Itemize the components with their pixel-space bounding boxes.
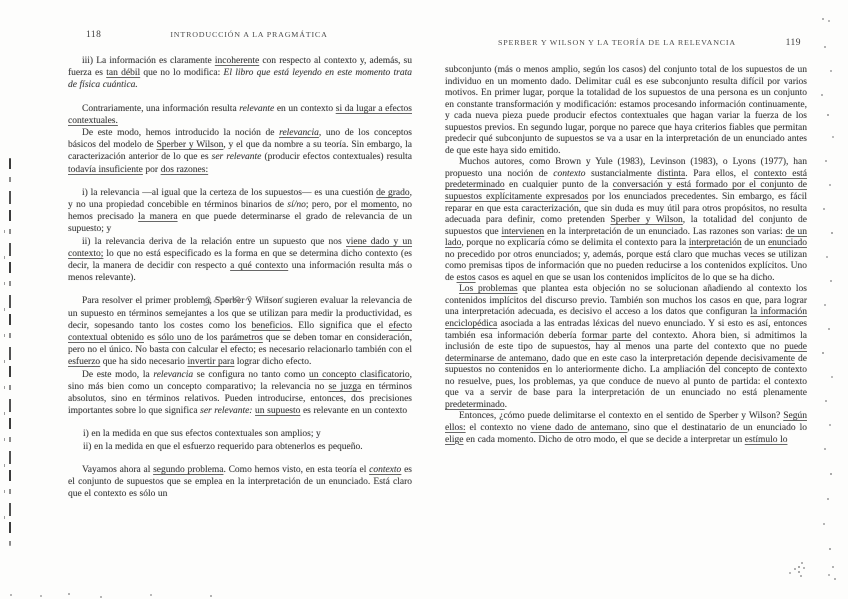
- paragraph: Vayamos ahora al segundo problema. Como …: [68, 464, 412, 501]
- text-segment: beneficios: [252, 321, 291, 331]
- text-segment: esfuerzo: [68, 357, 100, 367]
- paragraph: i) la relevancia —al igual que la certez…: [68, 187, 412, 236]
- text-segment: el contexto no: [466, 423, 531, 433]
- text-segment: , porque no explicaría cómo se delimita …: [461, 238, 688, 248]
- text-segment: estos: [457, 273, 476, 283]
- page-left-header: 118 INTRODUCCIÓN A LA PRAGMÁTICA: [68, 30, 412, 40]
- scan-noise-bottom-right: [798, 566, 800, 568]
- text-segment: casos es aquel en que se usan los conten…: [476, 273, 775, 283]
- text-segment: de grado: [376, 188, 409, 198]
- text-segment: sólo uno: [158, 333, 191, 343]
- text-segment: parámetros: [221, 333, 263, 343]
- page-right-body: subconjunto (más o menos amplio, según l…: [445, 65, 807, 446]
- text-segment: un supuesto: [255, 406, 300, 416]
- text-segment: ser relevante: [212, 152, 262, 162]
- text-segment: Contrariamente, una información resulta: [82, 104, 239, 114]
- text-segment: que no lo modifica:: [140, 68, 223, 78]
- paragraph: De este modo, la relevancia se configura…: [68, 369, 412, 418]
- text-segment: De este modo, hemos introducido la noció…: [82, 128, 279, 138]
- text-segment: la manera: [138, 212, 177, 222]
- text-segment: elige: [445, 435, 463, 445]
- paragraph: De este modo, hemos introducido la noció…: [68, 127, 412, 176]
- scan-edge-artifact-line: [9, 158, 11, 546]
- text-segment: lograr dicho efecto.: [234, 357, 311, 367]
- text-segment: en la interpretación de un enunciado. La…: [544, 227, 785, 237]
- text-segment: de un: [742, 238, 768, 248]
- paragraph: Contrariamente, una información resulta …: [68, 103, 412, 127]
- text-segment: es relevante en un contexto: [300, 406, 407, 416]
- text-segment: ; pero, por el: [306, 200, 361, 210]
- text-segment: en cualquier punto de la: [505, 180, 613, 190]
- text-segment: subconjunto (más o menos amplio, según l…: [445, 65, 807, 156]
- text-segment: relevante: [239, 104, 274, 114]
- text-segment: en un contexto: [274, 104, 336, 114]
- text-segment: contexto: [553, 169, 585, 179]
- text-segment: Sperber y Wilson: [610, 215, 682, 225]
- text-segment: viene dado de antemano: [531, 423, 628, 433]
- text-segment: incoherente: [215, 56, 259, 66]
- text-segment: se juzga: [329, 382, 362, 392]
- page-left: 118 INTRODUCCIÓN A LA PRAGMÁTICA iii) La…: [68, 30, 412, 501]
- page-number-left: 118: [68, 30, 144, 40]
- running-header-left: INTRODUCCIÓN A LA PRAGMÁTICA: [144, 30, 354, 39]
- text-segment: sí/no: [287, 200, 305, 210]
- page-right-header: SPERBER Y WILSON Y LA TEORÍA DE LA RELEV…: [445, 38, 807, 48]
- text-segment: sustancialmente: [585, 169, 657, 179]
- scanned-book-spread: 118 INTRODUCCIÓN A LA PRAGMÁTICA iii) La…: [0, 0, 848, 599]
- text-segment: , dado que en este caso la interpretació…: [546, 354, 706, 364]
- paragraph: Muchos autores, como Brown y Yule (1983)…: [445, 157, 807, 284]
- paragraph: ii) la relevancia deriva de la relación …: [68, 236, 412, 285]
- text-segment: a qué contexto: [230, 261, 288, 271]
- text-segment: que ha sido necesario: [100, 357, 187, 367]
- text-segment: por: [143, 165, 161, 175]
- text-segment: segundo problema: [153, 465, 223, 475]
- text-segment: un concepto clasificatorio: [309, 370, 410, 380]
- page-number-right: 119: [749, 38, 807, 48]
- text-segment: (producir efectos contextuales) resulta: [261, 152, 412, 162]
- text-segment: . Como hemos visto, en esta teoría el: [223, 465, 369, 475]
- text-segment: tan débil: [106, 68, 140, 78]
- text-segment: , sino que el destinatario de un enuncia…: [627, 423, 807, 433]
- text-segment: enunciado: [768, 238, 807, 248]
- scan-noise-bottom-edge: [10, 594, 12, 596]
- text-segment: Entonces, ¿cómo puede delimitarse el con…: [459, 411, 783, 421]
- text-segment: contexto: [369, 465, 401, 475]
- page-right: SPERBER Y WILSON Y LA TEORÍA DE LA RELEV…: [445, 38, 807, 446]
- text-segment: i) en la medida en que sus efectos conte…: [83, 429, 321, 439]
- text-segment: ser relevante:: [200, 406, 252, 416]
- text-segment: interpretación: [689, 238, 742, 248]
- text-segment: Sperber y Wilson: [156, 140, 223, 150]
- text-segment: estímulo lo: [745, 435, 788, 445]
- text-segment: . Ello significa que el: [291, 321, 389, 331]
- text-segment: .: [505, 400, 507, 410]
- text-segment: iii) La información es claramente: [82, 56, 215, 66]
- text-segment: relevancia: [153, 370, 193, 380]
- page-left-body: iii) La información es claramente incohe…: [68, 55, 412, 501]
- text-segment: Vayamos ahora al: [82, 465, 153, 475]
- scan-edge-artifact-line-faint: [4, 230, 5, 530]
- paragraph: subconjunto (más o menos amplio, según l…: [445, 65, 807, 157]
- text-segment: todavía insuficiente: [68, 165, 143, 175]
- text-segment: dos razones:: [161, 165, 208, 175]
- text-segment: relevancia: [279, 128, 319, 138]
- text-segment: intervienen: [501, 227, 544, 237]
- text-segment: momento: [361, 200, 397, 210]
- paragraph: Los problemas que plantea esta objeción …: [445, 284, 807, 411]
- text-segment: en cada momento. Dicho de otro modo, el …: [463, 435, 744, 445]
- running-header-right: SPERBER Y WILSON Y LA TEORÍA DE LA RELEV…: [485, 38, 749, 47]
- paragraph: iii) La información es claramente incohe…: [68, 55, 412, 92]
- text-segment: i) la relevancia —al igual que la certez…: [82, 188, 376, 198]
- text-segment: es: [144, 333, 158, 343]
- text-segment: Los problemas: [459, 284, 518, 294]
- paragraph: i) en la medida en que sus efectos conte…: [68, 428, 412, 440]
- text-segment: se configura no tanto como: [193, 370, 309, 380]
- text-segment: predeterminado: [445, 400, 505, 410]
- text-segment: depende decisivamente: [706, 354, 795, 364]
- text-segment: ii) la relevancia deriva de la relación …: [82, 237, 346, 247]
- paragraph: ii) en la medida en que el esfuerzo requ…: [68, 441, 412, 453]
- text-segment: de los: [191, 333, 220, 343]
- text-segment: invertir para: [187, 357, 234, 367]
- text-segment: De este modo, la: [82, 370, 153, 380]
- text-segment: distinta: [657, 169, 685, 179]
- handwritten-annotation: [200, 291, 300, 309]
- scan-noise-right-edge: [822, 18, 824, 20]
- text-segment: formar parte: [581, 331, 631, 341]
- paragraph: Entonces, ¿cómo puede delimitarse el con…: [445, 411, 807, 446]
- text-segment: ii) en la medida en que el esfuerzo requ…: [83, 442, 363, 452]
- text-segment: . Para ellos, el: [685, 169, 754, 179]
